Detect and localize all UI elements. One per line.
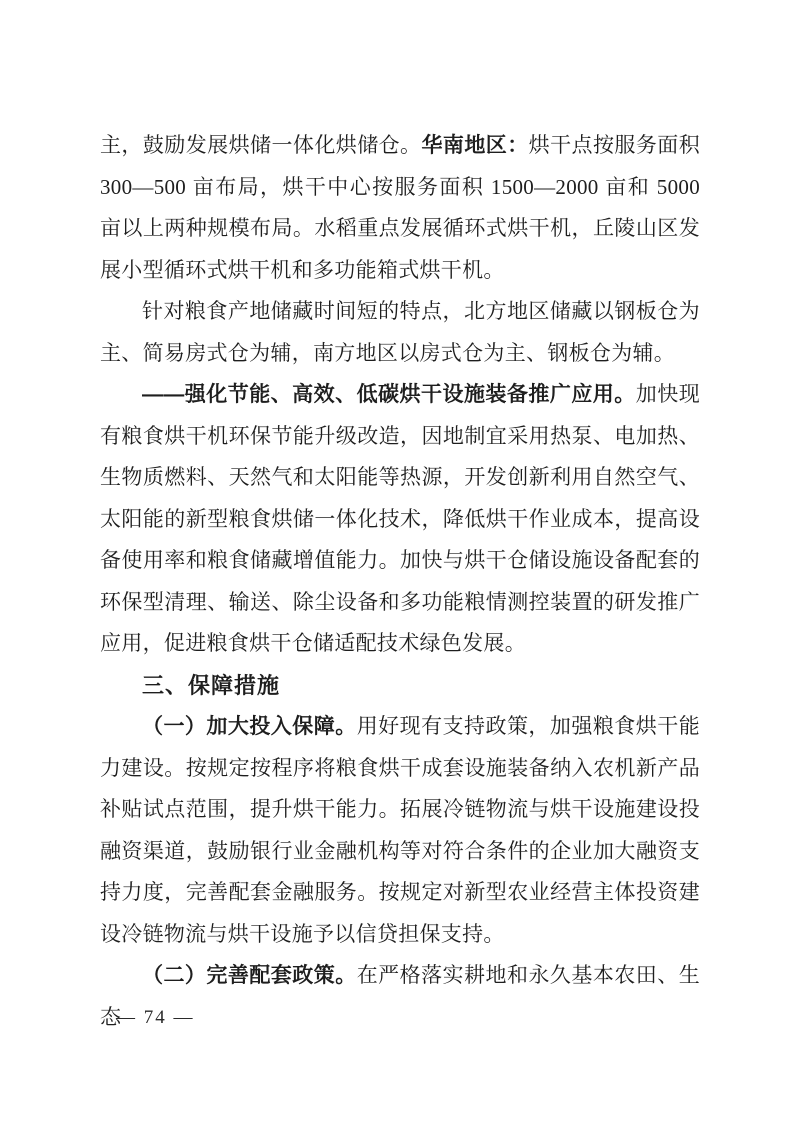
bold-run-south-china-label: 华南地区： bbox=[422, 134, 529, 157]
paragraph-energy-saving-drying: ——强化节能、高效、低碳烘干设施装备推广应用。加快现有粮食烘干机环保节能升级改造… bbox=[100, 374, 700, 665]
document-body: 主，鼓励发展烘储一体化烘储仓。华南地区：烘干点按服务面积 300—500 亩布局… bbox=[100, 125, 700, 1038]
paragraph-text: 针对粮食产地储藏时间短的特点，北方地区储藏以钢板仓为主、简易房式仓为辅，南方地区… bbox=[100, 299, 700, 365]
page-number: — 74 — bbox=[116, 1006, 195, 1030]
paragraph-south-china-region: 主，鼓励发展烘储一体化烘储仓。华南地区：烘干点按服务面积 300—500 亩布局… bbox=[100, 125, 700, 291]
bold-run-energy-saving-heading: ——强化节能、高效、低碳烘干设施装备推广应用。 bbox=[142, 383, 636, 406]
paragraph-text: 用好现有支持政策，加强粮食烘干能力建设。按规定按程序将粮食烘干成套设施装备纳入农… bbox=[100, 714, 700, 946]
document-page: 主，鼓励发展烘储一体化烘储仓。华南地区：烘干点按服务面积 300—500 亩布局… bbox=[0, 0, 794, 1123]
bold-run-item-one-heading: （一）加大投入保障。 bbox=[142, 714, 357, 738]
paragraph-increase-investment: （一）加大投入保障。用好现有支持政策，加强粮食烘干能力建设。按规定按程序将粮食烘… bbox=[100, 706, 700, 955]
section-heading-safeguard-measures: 三、保障措施 bbox=[100, 665, 700, 707]
paragraph-storage-characteristics: 针对粮食产地储藏时间短的特点，北方地区储藏以钢板仓为主、简易房式仓为辅，南方地区… bbox=[100, 291, 700, 374]
paragraph-text: 加快现有粮食烘干机环保节能升级改造，因地制宜采用热泵、电加热、生物质燃料、天然气… bbox=[100, 382, 700, 655]
bold-run-item-two-heading: （二）完善配套政策。 bbox=[142, 963, 357, 987]
paragraph-text: 主，鼓励发展烘储一体化烘储仓。 bbox=[100, 133, 422, 157]
